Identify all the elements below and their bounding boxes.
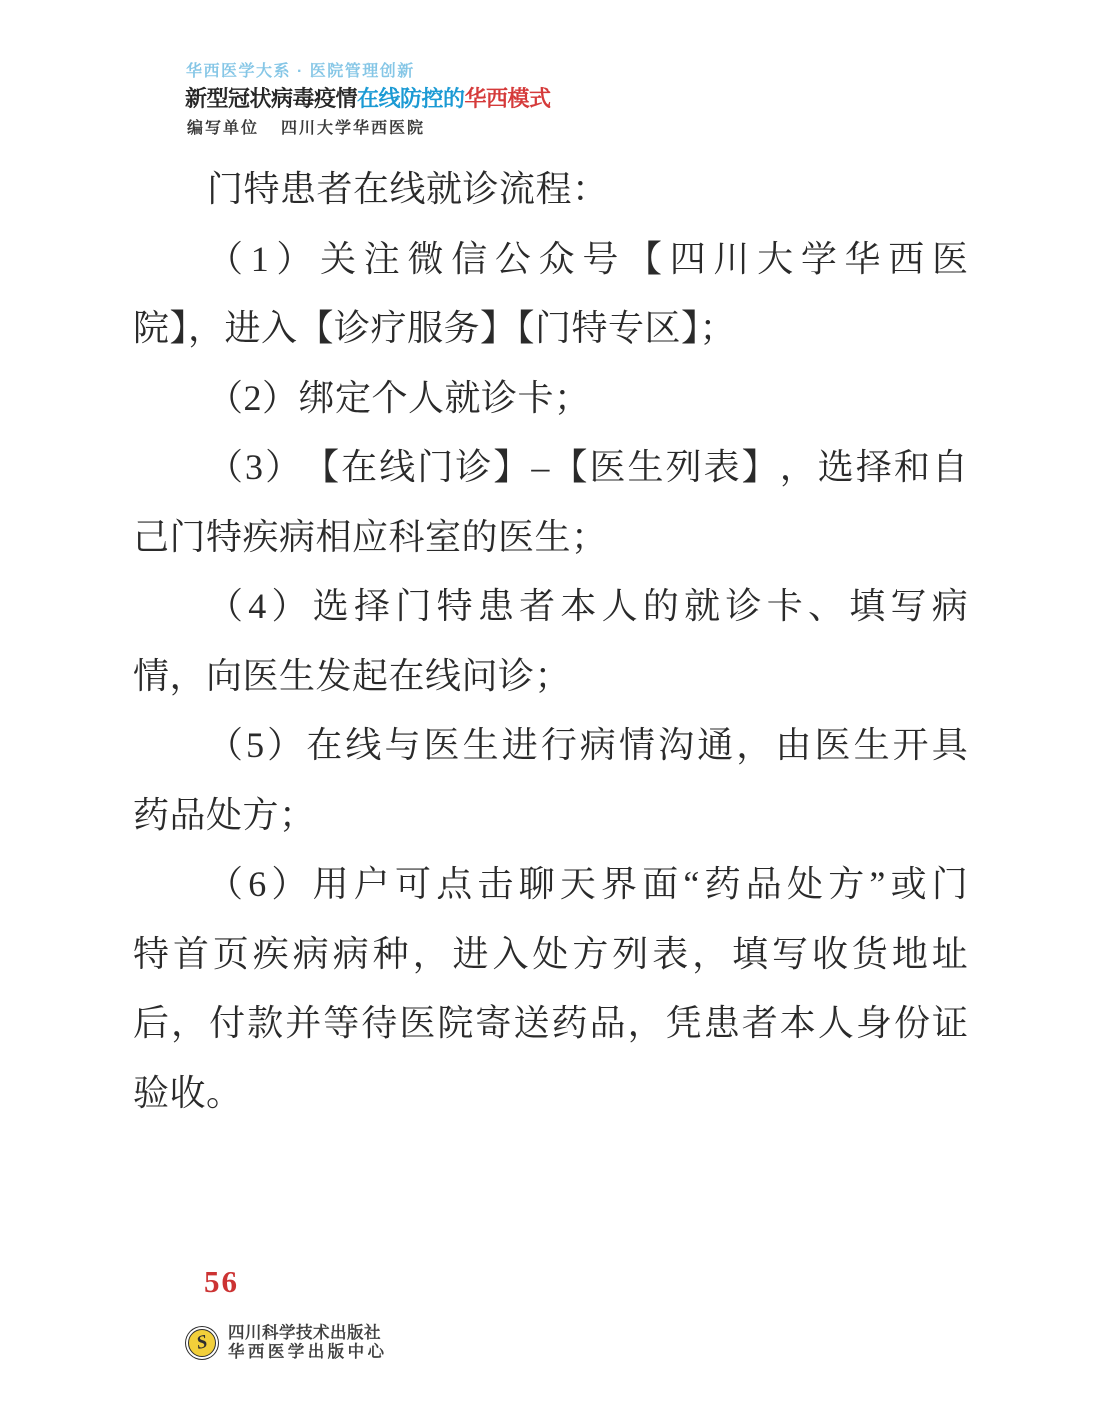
publisher-logo-letter: S [195, 1332, 209, 1353]
book-title-part-red: 华西模式 [465, 86, 551, 111]
body-line: （1）关注微信公众号【四川大学华西医 [133, 225, 968, 295]
publisher-imprint: S 四川科学技术出版社 华西医学出版中心 [185, 1324, 384, 1362]
book-title: 新型冠状病毒疫情在线防控的华西模式 [185, 86, 551, 112]
body-line: 门特患者在线就诊流程： [133, 155, 968, 225]
body-line: 己门特疾病相应科室的医生； [133, 503, 968, 573]
body-text: 门特患者在线就诊流程：（1）关注微信公众号【四川大学华西医院】，进入【诊疗服务】… [133, 155, 968, 1128]
page-number: 56 [204, 1264, 239, 1300]
publisher-text: 四川科学技术出版社 华西医学出版中心 [228, 1324, 384, 1362]
body-line: （4）选择门特患者本人的就诊卡、填写病 [133, 572, 968, 642]
byline: 编写单位四川大学华西医院 [187, 119, 425, 139]
publisher-center: 华西医学出版中心 [228, 1343, 384, 1362]
body-line: （3）【在线门诊】–【医生列表】，选择和自 [133, 433, 968, 503]
body-line: 情，向医生发起在线问诊； [133, 642, 968, 712]
body-line: 验收。 [133, 1059, 968, 1129]
body-line: 药品处方； [133, 781, 968, 851]
body-line: 后，付款并等待医院寄送药品，凭患者本人身份证 [133, 989, 968, 1059]
body-line: （5）在线与医生进行病情沟通，由医生开具 [133, 711, 968, 781]
book-title-part-blue: 在线防控的 [357, 86, 465, 111]
body-line: 特首页疾病病种，进入处方列表，填写收货地址 [133, 920, 968, 990]
body-line: （2）绑定个人就诊卡； [133, 364, 968, 434]
body-line: （6）用户可点击聊天界面“药品处方”或门 [133, 850, 968, 920]
series-title: 华西医学大系 · 医院管理创新 [186, 63, 415, 81]
body-line: 院】，进入【诊疗服务】【门特专区】； [133, 294, 968, 364]
book-page: 华西医学大系 · 医院管理创新 新型冠状病毒疫情在线防控的华西模式 编写单位四川… [0, 0, 1095, 1425]
publisher-name: 四川科学技术出版社 [228, 1324, 384, 1343]
publisher-logo-icon: S [188, 1329, 216, 1357]
book-title-part-black: 新型冠状病毒疫情 [185, 86, 357, 111]
byline-value: 四川大学华西医院 [281, 120, 425, 137]
byline-label: 编写单位 [187, 120, 259, 137]
